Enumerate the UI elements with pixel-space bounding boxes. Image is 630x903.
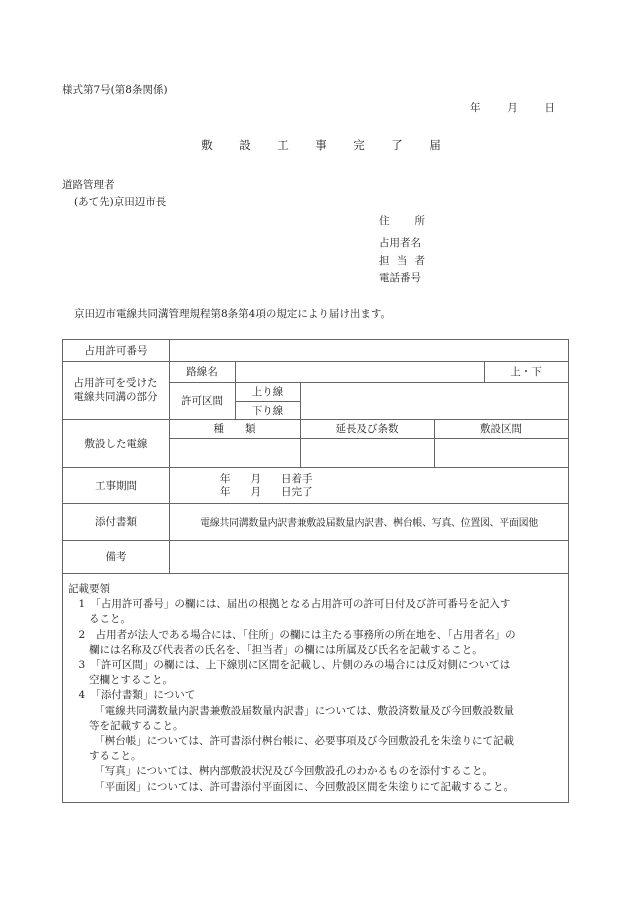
field-address-char: 所 <box>415 213 426 228</box>
up-line-label: 上り線 <box>235 382 300 401</box>
title-char: 了 <box>378 137 416 153</box>
route-name-input[interactable] <box>236 362 484 382</box>
instruction-line: 「桝台帳」については、許可書添付桝台帳に、必要事項及び今回敷設孔を朱塗りにて記載 <box>68 734 564 749</box>
permit-section-label: 許可区間 <box>169 382 235 419</box>
label-char: 設 <box>95 436 106 451</box>
instruction-line: 2 占用者が法人である場合には、「住所」の欄には主たる事務所の所在地を、「占用者… <box>68 628 564 643</box>
label-char: 占 <box>85 343 96 358</box>
date-line: 年 月 日 <box>470 100 555 115</box>
cable-length-header: 延長及び条数 <box>300 419 434 438</box>
label-char: し <box>106 436 117 451</box>
title-char: 事 <box>302 137 340 153</box>
remarks-input[interactable] <box>170 541 568 573</box>
label-char: 間 <box>127 478 138 493</box>
instruction-line: 「電線共同溝数量内訳書兼敷設届数量内訳書」については、敷設済数量及び今回敷設数量 <box>68 704 564 719</box>
addressee-role: 道路管理者 <box>62 177 115 192</box>
instruction-line: すること。 <box>68 749 564 764</box>
label-char: 事 <box>106 478 117 493</box>
down-line-input[interactable] <box>301 401 568 419</box>
instruction-line: 1 「占用許可番号」の欄には、届出の根拠となる占用許可の許可日付及び許可番号を記… <box>68 597 564 612</box>
field-occupant-name: 占用者名 <box>379 235 421 250</box>
form-number: 様式第7号(第8条関係) <box>62 82 168 97</box>
field-contact-char: 担 <box>379 253 390 268</box>
label-char: 書 <box>116 514 127 529</box>
label-char: 付 <box>106 514 117 529</box>
attachments-value: 電線共同溝数量内訳書兼敷設届数量内訳書、桝台帳、写真、位置図、平面図他 <box>170 503 568 540</box>
section-label: 占用許可を受けた 電線共同溝の部分 <box>62 361 169 419</box>
title-char: 設 <box>226 137 264 153</box>
label-char: 考 <box>116 549 127 564</box>
start-month: 月 <box>251 473 262 485</box>
instruction-line: 等を記載すること。 <box>68 719 564 734</box>
start-year: 年 <box>220 473 231 485</box>
label-char: 類 <box>127 514 138 529</box>
field-phone: 電話番号 <box>379 270 421 285</box>
field-address-char: 住 <box>379 213 390 228</box>
attachments-label: 添付書類 <box>70 503 162 540</box>
date-day: 日 <box>545 100 556 115</box>
label-char: 許 <box>106 343 117 358</box>
cable-length-input[interactable] <box>301 439 434 467</box>
down-line-label: 下り線 <box>235 401 300 419</box>
end-year: 年 <box>220 486 231 498</box>
cable-label: 敷設した電線 <box>70 419 162 467</box>
period-start[interactable]: 年月日着手 <box>220 473 313 486</box>
end-day: 日完了 <box>281 486 313 498</box>
instructions-heading: 記載要領 <box>68 582 564 597</box>
title-char: 敷 <box>188 137 226 153</box>
field-contact-char: 者 <box>415 253 426 268</box>
title-char: 工 <box>264 137 302 153</box>
start-day: 日着手 <box>281 473 313 485</box>
date-month: 月 <box>507 100 518 115</box>
instruction-line: 「平面図」については、許可書添付平面図に、今回敷設区間を朱塗りにて記載すること。 <box>68 780 564 795</box>
cable-section-input[interactable] <box>435 439 568 467</box>
label-char: 期 <box>116 478 127 493</box>
section-label-line2: 電線共同溝の部分 <box>74 390 158 404</box>
instruction-line: 4 「添付書類」について <box>68 688 564 703</box>
field-address: 住 所 <box>379 213 425 228</box>
label-char: 敷 <box>85 436 96 451</box>
label-char: 電 <box>127 436 138 451</box>
label-char: 可 <box>116 343 127 358</box>
label-char: 用 <box>95 343 106 358</box>
instructions: 記載要領 1 「占用許可番号」の欄には、届出の根拠となる占用許可の許可日付及び許… <box>68 582 564 795</box>
section-label-line1: 占用許可を受けた <box>74 376 158 390</box>
field-contact-char: 当 <box>397 253 408 268</box>
label-char: 線 <box>137 436 148 451</box>
permit-number-label: 占用許可番号 <box>70 339 162 361</box>
cable-type-header: 種 類 <box>169 419 300 438</box>
label-char: 番 <box>127 343 138 358</box>
cable-type-input[interactable] <box>170 439 300 467</box>
period-label: 工事期間 <box>70 467 162 503</box>
remarks-label: 備考 <box>70 540 162 573</box>
label-char: 工 <box>95 478 106 493</box>
instruction-line: 「写真」については、桝内部敷設状況及び今回敷設孔のわかるものを添付すること。 <box>68 764 564 779</box>
up-line-input[interactable] <box>301 383 568 401</box>
field-contact-person: 担 当 者 <box>379 253 425 268</box>
label-char: 備 <box>106 549 117 564</box>
instruction-line: 空欄とすること。 <box>68 673 564 688</box>
cable-section-header: 敷設区間 <box>434 419 568 438</box>
period-dates[interactable]: 年月日着手 年月日完了 <box>220 473 313 499</box>
title-char: 届 <box>416 137 454 153</box>
label-char: た <box>116 436 127 451</box>
instruction-line: ること。 <box>68 612 564 627</box>
statement: 京田辺市電線共同溝管理規程第8条第4項の規定により届け出ます。 <box>74 306 391 321</box>
label-char: 添 <box>95 514 106 529</box>
end-month: 月 <box>251 486 262 498</box>
up-down-selector[interactable]: 上・下 <box>484 361 568 382</box>
instruction-line: 欄には名称及び代表者の氏名を、「担当者」の欄には所属及び氏名を記載すること。 <box>68 643 564 658</box>
instruction-line: 3 「許可区間」の欄には、上下線別に区間を記載し、片側のみの場合には反対側につい… <box>68 658 564 673</box>
route-name-label: 路線名 <box>169 361 235 382</box>
title-char: 完 <box>340 137 378 153</box>
period-end[interactable]: 年月日完了 <box>220 486 313 499</box>
date-year: 年 <box>470 100 481 115</box>
permit-number-input[interactable] <box>170 340 568 361</box>
label-char: 号 <box>137 343 148 358</box>
addressee-to: (あて先)京田辺市長 <box>74 194 166 209</box>
page-title: 敷設工事完了届 <box>188 137 454 153</box>
